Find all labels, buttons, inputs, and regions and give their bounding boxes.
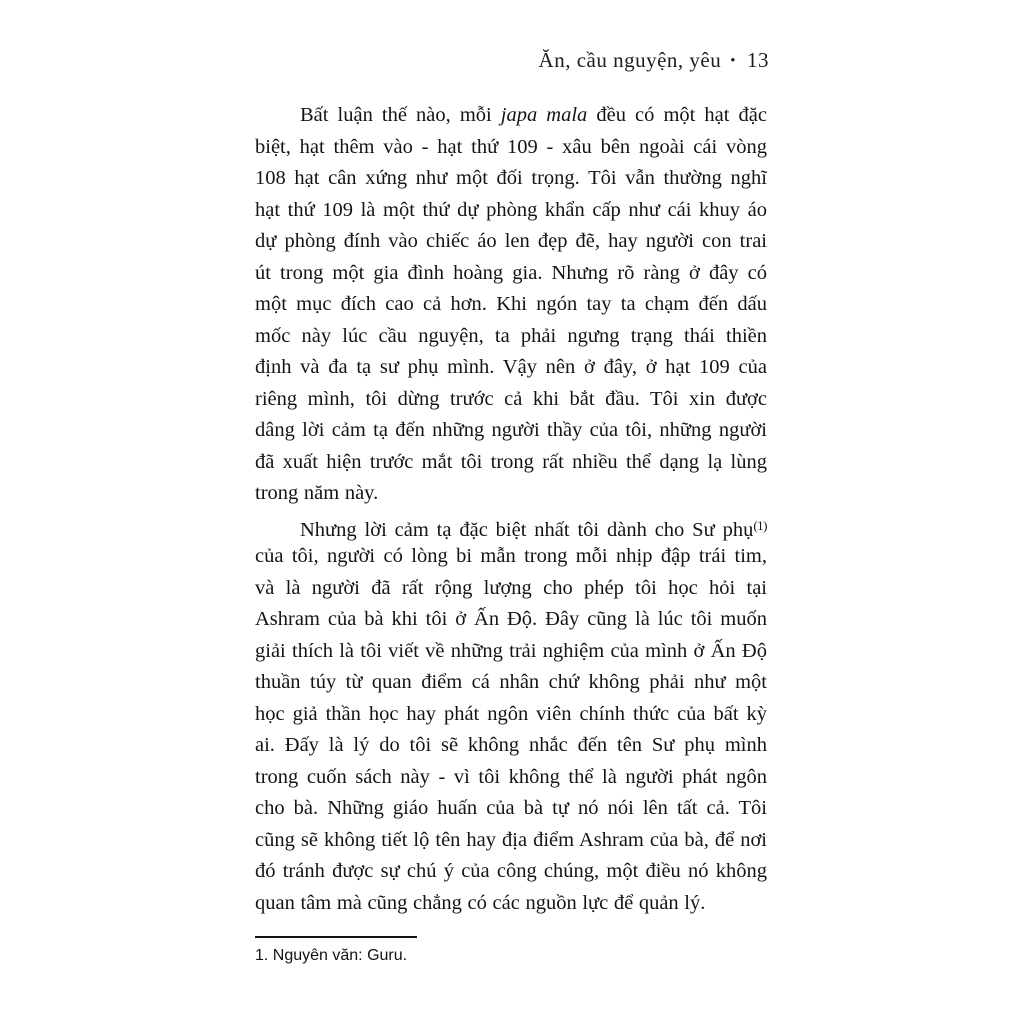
text-line: biệt, hạt thêm vào - hạt thứ 109 - xâu b… — [255, 132, 767, 164]
text-line: học giả thần học hay phát ngôn viên chín… — [255, 699, 767, 731]
running-header: Ăn, cầu nguyện, yêu•13 — [255, 48, 769, 73]
text-line: và là người đã rất rộng lượng cho phép t… — [255, 573, 767, 605]
header-separator-dot: • — [730, 53, 736, 70]
text-line: một mục đích cao cả hơn. Khi ngón tay ta… — [255, 289, 767, 321]
text-line: mốc này lúc cầu nguyện, ta phải ngưng tr… — [255, 321, 767, 353]
text-line: riêng mình, tôi dừng trước cả khi bắt đầ… — [255, 384, 767, 416]
footnote-text: 1. Nguyên văn: Guru. — [255, 947, 767, 965]
text-line: Ashram của bà khi tôi ở Ấn Độ. Đây cũng … — [255, 604, 767, 636]
text-line: hạt thứ 109 là một thứ dự phòng khẩn cấp… — [255, 195, 767, 227]
page-number: 13 — [747, 48, 769, 72]
text-line: Nhưng lời cảm tạ đặc biệt nhất tôi dành … — [255, 510, 767, 542]
text-line: Bất luận thế nào, mỗi japa mala đều có m… — [255, 100, 767, 132]
text-line: của tôi, người có lòng bi mẫn trong mỗi … — [255, 541, 767, 573]
text-line: dự phòng đính vào chiếc áo len đẹp đẽ, h… — [255, 226, 767, 258]
body-text: Bất luận thế nào, mỗi japa mala đều có m… — [255, 100, 767, 919]
text-line: út trong một gia đình hoàng gia. Nhưng r… — [255, 258, 767, 290]
footnote: 1. Nguyên văn: Guru. — [255, 936, 767, 965]
text-line: 108 hạt cân xứng như một đối trọng. Tôi … — [255, 163, 767, 195]
text-line: trong cuốn sách này - vì tôi không thể l… — [255, 762, 767, 794]
text-line: định và đa tạ sư phụ mình. Vậy nên ở đây… — [255, 352, 767, 384]
text-line: thuần túy từ quan điểm cá nhân chứ không… — [255, 667, 767, 699]
text-line: đã xuất hiện trước mắt tôi trong rất nhi… — [255, 447, 767, 479]
text-line: ai. Đấy là lý do tôi sẽ không nhắc đến t… — [255, 730, 767, 762]
book-page: Ăn, cầu nguyện, yêu•13 Bất luận thế nào,… — [0, 0, 1024, 1024]
text-line: cũng sẽ không tiết lộ tên hay địa điểm A… — [255, 825, 767, 857]
text-line: quan tâm mà cũng chẳng có các nguồn lực … — [255, 888, 767, 920]
text-line: cho bà. Những giáo huấn của bà tự nó nói… — [255, 793, 767, 825]
text-line: giải thích là tôi viết về những trải ngh… — [255, 636, 767, 668]
text-line: đó tránh được sự chú ý của công chúng, m… — [255, 856, 767, 888]
text-line: dâng lời cảm tạ đến những người thầy của… — [255, 415, 767, 447]
footnote-divider — [255, 936, 417, 938]
text-line: trong năm này. — [255, 478, 767, 510]
running-title: Ăn, cầu nguyện, yêu — [539, 48, 722, 72]
